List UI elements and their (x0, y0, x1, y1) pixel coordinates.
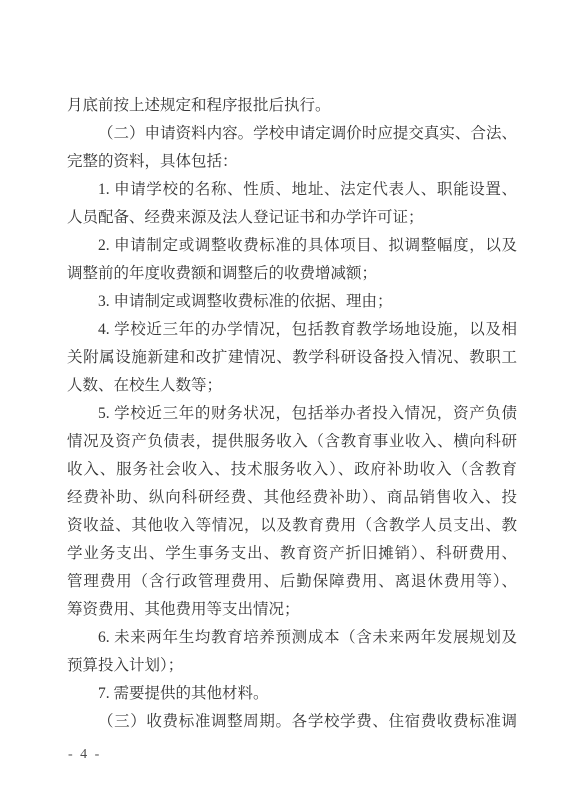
document-text-line: 管理费用（含行政管理费用、后勤保障费用、离退休费用等）、 (67, 568, 517, 596)
document-body: 月底前按上述规定和程序报批后执行。（二）申请资料内容。学校申请定调价时应提交真实… (67, 92, 517, 736)
document-page: 月底前按上述规定和程序报批后执行。（二）申请资料内容。学校申请定调价时应提交真实… (0, 0, 586, 792)
document-text-line: 2. 申请制定或调整收费标准的具体项目、拟调整幅度，以及 (67, 232, 517, 260)
document-text-line: 学业务支出、学生事务支出、教育资产折旧摊销）、科研费用、 (67, 540, 517, 568)
document-text-line: 预算投入计划）； (67, 652, 517, 680)
document-text-line: 3. 申请制定或调整收费标准的依据、理由； (67, 288, 517, 316)
document-text-line: 5. 学校近三年的财务状况，包括举办者投入情况，资产负债 (67, 400, 517, 428)
document-text-line: 6. 未来两年生均教育培养预测成本（含未来两年发展规划及 (67, 624, 517, 652)
document-text-line: 筹资费用、其他费用等支出情况； (67, 596, 517, 624)
document-text-line: 人数、在校生人数等； (67, 372, 517, 400)
document-text-line: 人员配备、经费来源及法人登记证书和办学许可证； (67, 204, 517, 232)
document-text-line: 完整的资料，具体包括： (67, 148, 517, 176)
document-text-line: 4. 学校近三年的办学情况，包括教育教学场地设施，以及相 (67, 316, 517, 344)
document-text-line: 7. 需要提供的其他材料。 (67, 680, 517, 708)
document-text-line: （三）收费标准调整周期。各学校学费、住宿费收费标准调 (67, 708, 517, 736)
document-text-line: 资收益、其他收入等情况，以及教育费用（含教学人员支出、教 (67, 512, 517, 540)
document-text-line: 情况及资产负债表，提供服务收入（含教育事业收入、横向科研 (67, 428, 517, 456)
document-text-line: 关附属设施新建和改扩建情况、教学科研设备投入情况、教职工 (67, 344, 517, 372)
document-text-line: 1. 申请学校的名称、性质、地址、法定代表人、职能设置、 (67, 176, 517, 204)
document-text-line: 月底前按上述规定和程序报批后执行。 (67, 92, 517, 120)
document-text-line: 收入、服务社会收入、技术服务收入）、政府补助收入（含教育 (67, 456, 517, 484)
document-text-line: 调整前的年度收费额和调整后的收费增减额； (67, 260, 517, 288)
document-text-line: 经费补助、纵向科研经费、其他经费补助）、商品销售收入、投 (67, 484, 517, 512)
page-number: - 4 - (68, 745, 101, 765)
document-text-line: （二）申请资料内容。学校申请定调价时应提交真实、合法、 (67, 120, 517, 148)
